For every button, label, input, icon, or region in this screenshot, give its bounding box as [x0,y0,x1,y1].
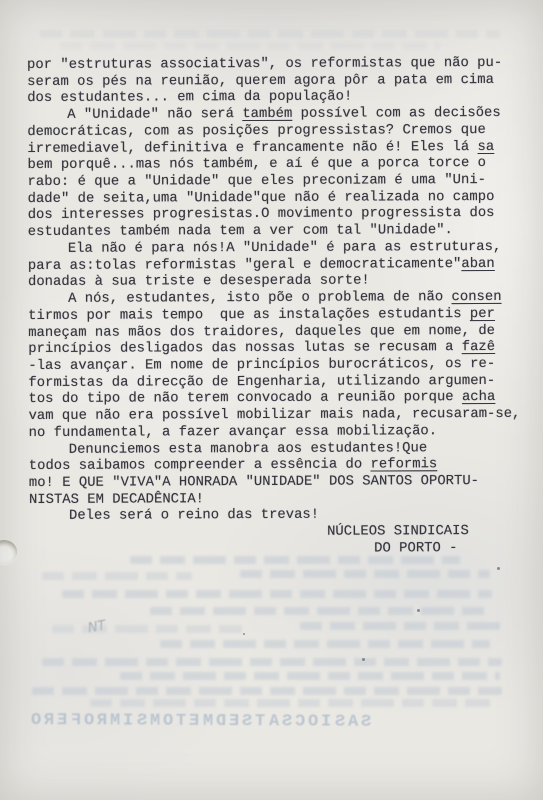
bleed-through-smudge [32,687,502,695]
text-line: para as:tolas reformistas "geral e democ… [28,255,538,274]
hole-punch [0,540,17,564]
text-line: vam que não era possível mobilizar mais … [29,406,539,425]
typewritten-text-block: por "estruturas associativas", os reform… [27,55,539,559]
bleed-through-smudge [62,590,492,598]
scanned-page: por "estruturas associativas", os reform… [0,0,543,800]
bleed-through-smudge [130,556,460,564]
bleed-through-smudge [300,622,500,630]
bleed-through-smudge [60,42,440,50]
bleed-through-smudge [90,699,490,707]
bleed-through-smudge [160,640,490,648]
bleed-through-smudge [40,30,500,38]
text-line: seram os pés na reunião, querem agora pô… [27,71,537,90]
bleed-through-smudge [240,570,490,578]
bleed-through-smudge [120,672,500,680]
text-lines: por "estruturas associativas", os reform… [27,55,539,525]
text-line: dos interesses progresistas.O movimento … [28,205,538,224]
bleed-through-smudge [42,658,502,666]
ink-dot [243,633,245,635]
text-line: mo! E QUE "VIVA"A HONRADA "UNIDADE" DOS … [29,473,539,492]
ink-dot [417,609,420,612]
ink-dot [362,658,365,661]
bleed-through-smudge [42,572,192,580]
signature-line-1: NÚCLEOS SINDICAIS [29,523,539,542]
bleed-through-smudge [52,625,242,633]
ink-dot [497,567,500,570]
bleed-through-smudge [150,607,490,615]
bleed-through-headline: O REFORMISMO TEM DESTAS COISAS [28,711,371,732]
